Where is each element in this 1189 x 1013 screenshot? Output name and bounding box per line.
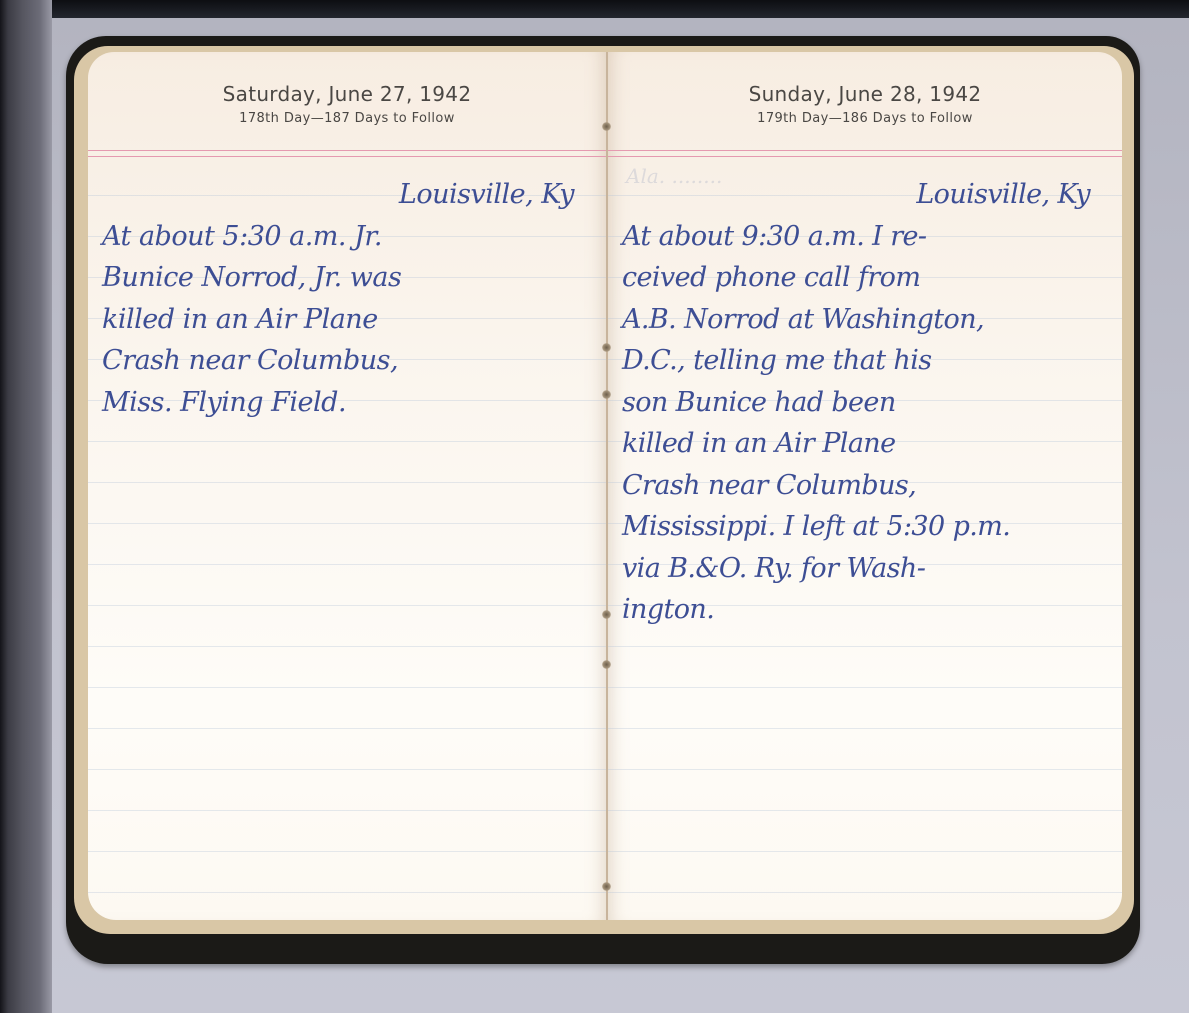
binding-stitch: [602, 610, 611, 619]
right-page-date: Sunday, June 28, 1942: [608, 82, 1122, 106]
left-page-header: Saturday, June 27, 1942 178th Day—187 Da…: [88, 82, 606, 126]
entry-line: killed in an Air Plane: [622, 423, 1108, 465]
left-page-day-count: 178th Day—187 Days to Follow: [88, 111, 606, 126]
entry-line: A.B. Norrod at Washington,: [622, 299, 1108, 341]
entry-line: Crash near Columbus,: [102, 340, 592, 382]
entry-line: Mississippi. I left at 5:30 p.m.: [622, 506, 1108, 548]
binding-stitch: [602, 343, 611, 352]
entry-line: Bunice Norrod, Jr. was: [102, 257, 592, 299]
binding-stitch: [602, 660, 611, 669]
binding-stitch: [602, 882, 611, 891]
right-page: Sunday, June 28, 1942 179th Day—186 Days…: [608, 52, 1122, 920]
left-page: Saturday, June 27, 1942 178th Day—187 Da…: [88, 52, 606, 920]
right-page-header: Sunday, June 28, 1942 179th Day—186 Days…: [608, 82, 1122, 126]
entry-line: Miss. Flying Field.: [102, 382, 592, 424]
right-entry-place: Louisville, Ky: [622, 174, 1108, 216]
left-handwritten-entry: Louisville, Ky At about 5:30 a.m. Jr. Bu…: [102, 174, 592, 423]
entry-line: D.C., telling me that his: [622, 340, 1108, 382]
left-entry-place: Louisville, Ky: [102, 174, 592, 216]
scanner-left-edge: [0, 0, 52, 1013]
right-page-day-count: 179th Day—186 Days to Follow: [608, 111, 1122, 126]
entry-line: ington.: [622, 589, 1108, 631]
entry-line: ceived phone call from: [622, 257, 1108, 299]
entry-line: At about 5:30 a.m. Jr.: [102, 216, 592, 258]
entry-line: son Bunice had been: [622, 382, 1108, 424]
entry-line: via B.&O. Ry. for Wash-: [622, 548, 1108, 590]
left-page-date: Saturday, June 27, 1942: [88, 82, 606, 106]
right-handwritten-entry: Louisville, Ky At about 9:30 a.m. I re- …: [622, 174, 1108, 631]
binding-stitch: [602, 122, 611, 131]
entry-line: killed in an Air Plane: [102, 299, 592, 341]
book-gutter: [606, 52, 608, 920]
binding-stitch: [602, 390, 611, 399]
entry-line: Crash near Columbus,: [622, 465, 1108, 507]
entry-line: At about 9:30 a.m. I re-: [622, 216, 1108, 258]
scanner-top-edge: [0, 0, 1189, 18]
